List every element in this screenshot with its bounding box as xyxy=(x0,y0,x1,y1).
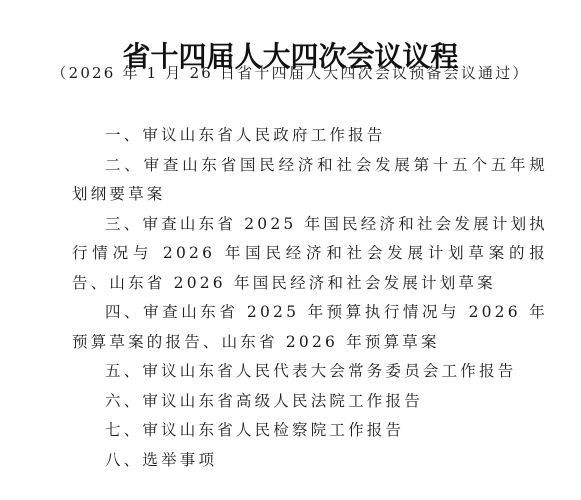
agenda-item-number: 二、 xyxy=(105,156,144,174)
agenda-item-text: 审议山东省人民代表大会常务委员会工作报告 xyxy=(142,362,516,380)
agenda-item-5: 五、审议山东省人民代表大会常务委员会工作报告 xyxy=(72,357,548,387)
agenda-item-2: 二、审查山东省国民经济和社会发展第十五个五年规划纲要草案 xyxy=(72,151,548,210)
agenda-item-text: 审查山东省 2025 年国民经济和社会发展计划执行情况与 2026 年国民经济和… xyxy=(72,215,548,292)
agenda-item-6: 六、审议山东省高级人民法院工作报告 xyxy=(72,387,548,417)
agenda-item-number: 三、 xyxy=(105,215,142,233)
agenda-item-number: 五、 xyxy=(105,362,142,380)
agenda-item-number: 八、 xyxy=(105,451,142,469)
agenda-item-3: 三、审查山东省 2025 年国民经济和社会发展计划执行情况与 2026 年国民经… xyxy=(72,210,548,299)
page-subtitle: （2026 年 1 月 26 日省十四届人大四次会议预备会议通过） xyxy=(0,62,581,84)
agenda-item-7: 七、审议山东省人民检察院工作报告 xyxy=(72,416,548,446)
agenda-item-8: 八、选举事项 xyxy=(72,446,548,476)
agenda-item-number: 六、 xyxy=(105,392,142,410)
agenda-item-text: 审查山东省国民经济和社会发展第十五个五年规划纲要草案 xyxy=(72,156,548,204)
agenda-item-1: 一、审议山东省人民政府工作报告 xyxy=(72,121,548,151)
agenda-item-number: 一、 xyxy=(105,126,142,144)
agenda-item-4: 四、审查山东省 2025 年预算执行情况与 2026 年预算草案的报告、山东省 … xyxy=(72,298,548,357)
agenda-item-text: 审议山东省人民政府工作报告 xyxy=(142,126,385,144)
agenda-item-text: 审议山东省高级人民法院工作报告 xyxy=(142,392,423,410)
agenda-item-text: 审议山东省人民检察院工作报告 xyxy=(142,421,404,439)
agenda-item-number: 四、 xyxy=(105,303,143,321)
agenda-item-number: 七、 xyxy=(105,421,142,439)
agenda-item-text: 选举事项 xyxy=(142,451,217,469)
agenda-list: 一、审议山东省人民政府工作报告 二、审查山东省国民经济和社会发展第十五个五年规划… xyxy=(72,121,548,475)
agenda-item-text: 审查山东省 2025 年预算执行情况与 2026 年预算草案的报告、山东省 20… xyxy=(72,303,548,351)
